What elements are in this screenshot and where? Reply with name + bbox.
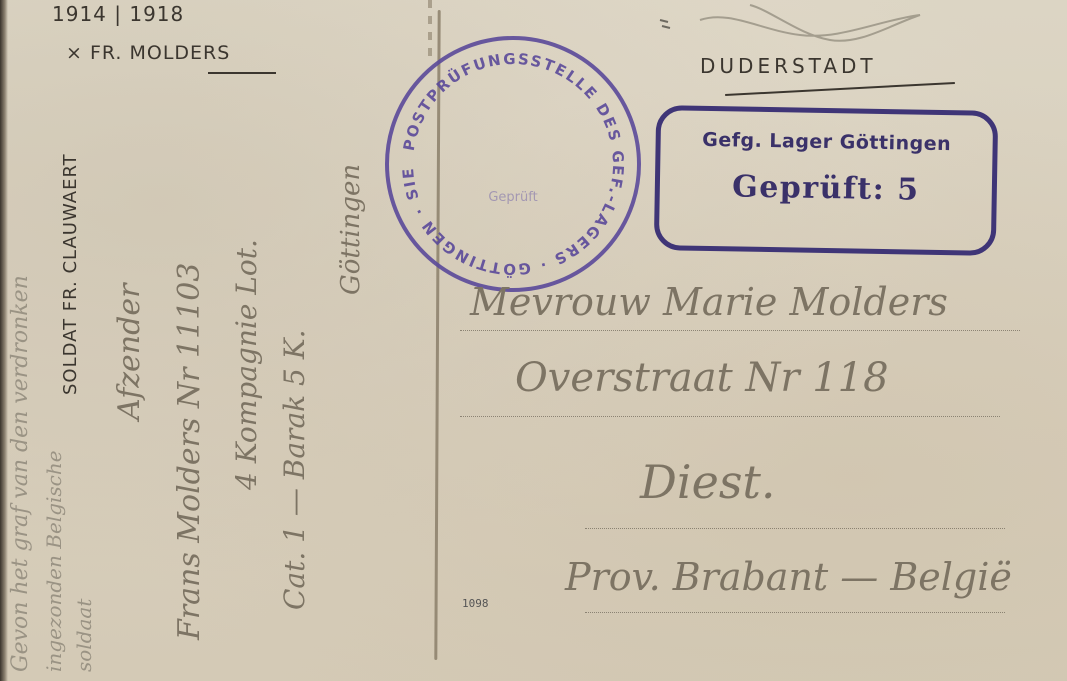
round-censor-stamp: POSTPRÜFUNGSSTELLE DES GEF.-LAGERS · GÖT… (385, 36, 641, 292)
sender-line-3: Cat. 1 — Barak 5 K. (278, 329, 311, 610)
address-rule-3 (585, 528, 1005, 529)
town-annotation: DUDERSTADT (700, 54, 877, 78)
round-stamp-center-text: Geprüft (389, 190, 637, 205)
pencil-scribble (650, 0, 950, 60)
name-underline (208, 72, 276, 74)
dutch-note-line3: soldaat (72, 599, 96, 672)
recipient-line-1: Mevrouw Marie Molders (470, 280, 948, 324)
dutch-note-line1: Gevon het graf van den verdronken (8, 275, 33, 672)
dutch-note-line2: ingezonden Belgische (42, 450, 66, 672)
address-rule-1 (460, 330, 1020, 331)
town-underline (725, 82, 955, 96)
print-code: 1098 (462, 597, 489, 610)
sender-label: Afzender (112, 284, 147, 420)
recipient-line-4: Prov. Brabant — België (565, 555, 1012, 599)
round-stamp-ring-text: POSTPRÜFUNGSSTELLE DES GEF.-LAGERS · GÖT… (385, 36, 627, 279)
rect-stamp-camp-name: Gefg. Lager Göttingen (661, 128, 993, 156)
card-edge-shadow (0, 0, 8, 681)
soldier-annotation: SOLDAT FR. CLAUWAERT (60, 153, 81, 395)
recipient-line-3: Diest. (640, 455, 776, 509)
address-rule-4 (585, 612, 1005, 613)
recipient-line-2: Overstraat Nr 118 (515, 355, 889, 401)
sender-name-annotation: × FR. MOLDERS (66, 42, 230, 64)
postcard: 1914 | 1918 × FR. MOLDERS SOLDAT FR. CLA… (0, 0, 1067, 681)
rectangular-censor-stamp: Gefg. Lager Göttingen Geprüft: 5 (654, 105, 998, 256)
rect-stamp-checked: Geprüft: 5 (660, 168, 993, 209)
sender-line-1: Frans Molders Nr 11103 (172, 263, 207, 640)
address-rule-2 (460, 416, 1000, 417)
svg-text:POSTPRÜFUNGSSTELLE DES GEF.-LA: POSTPRÜFUNGSSTELLE DES GEF.-LAGERS · GÖT… (385, 36, 627, 279)
sender-line-4: Göttingen (336, 164, 366, 295)
sender-line-2: 4 Kompagnie Lot. (230, 239, 263, 490)
years-annotation: 1914 | 1918 (52, 2, 184, 26)
